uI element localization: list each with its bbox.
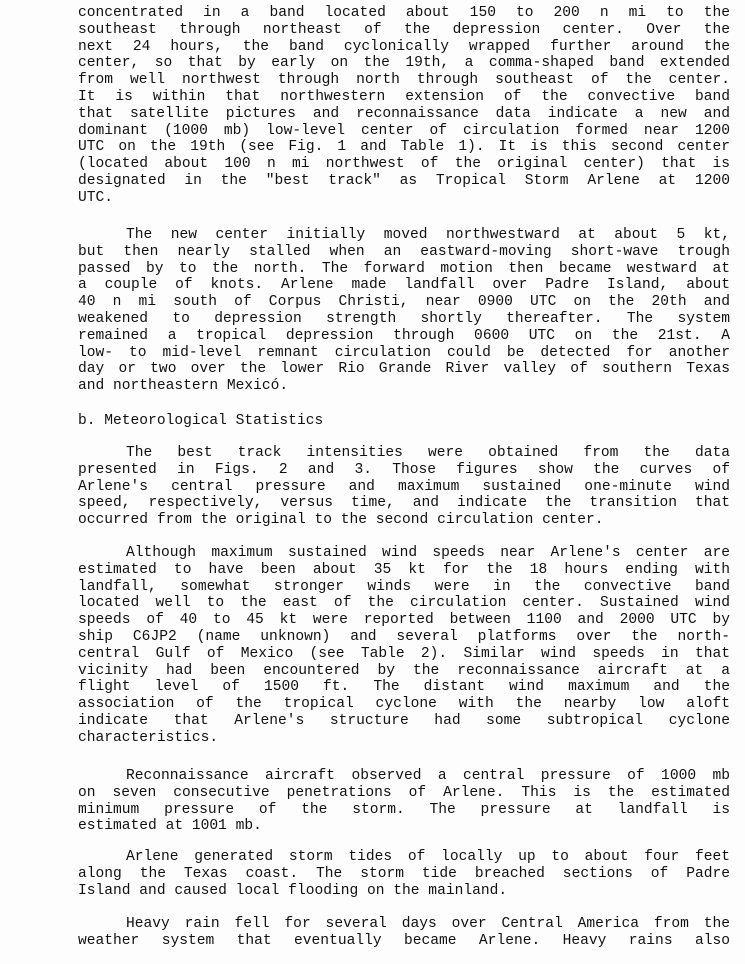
- text-line: estimated to have been about 35 kt for t…: [78, 562, 730, 579]
- paragraph-best-track-intensities: The best track intensities were obtained…: [78, 445, 730, 529]
- text-line: a couple of knots. Arlene made landfall …: [78, 277, 730, 294]
- text-line: estimated at 1001 mb.: [78, 818, 730, 835]
- text-line: concentrated in a band located about 150…: [78, 5, 730, 22]
- text-line: 40 n mi south of Corpus Christi, near 09…: [78, 294, 730, 311]
- text-line: The best track intensities were obtained…: [78, 445, 730, 462]
- text-line: occurred from the original to the second…: [78, 512, 730, 529]
- paragraph-storm-tides: Arlene generated storm tides of locally …: [78, 849, 730, 899]
- text-line: weakened to depression strength shortly …: [78, 311, 730, 328]
- text-line: indicate that Arlene's structure had som…: [78, 713, 730, 730]
- text-line: UTC on the 19th (see Fig. 1 and Table 1)…: [78, 139, 730, 156]
- paragraph-heavy-rain: Heavy rain fell for several days over Ce…: [78, 916, 730, 950]
- text-line: dominant (1000 mb) low-level center of c…: [78, 123, 730, 140]
- text-line: day or two over the lower Rio Grande Riv…: [78, 361, 730, 378]
- paragraph-track-and-landfall: The new center initially moved northwest…: [78, 227, 730, 395]
- text-line: UTC.: [78, 190, 730, 207]
- text-line: central Gulf of Mexico (see Table 2). Si…: [78, 646, 730, 663]
- text-line: but then nearly stalled when an eastward…: [78, 244, 730, 261]
- paragraph-wind-speeds: Although maximum sustained wind speeds n…: [78, 545, 730, 747]
- text-line: presented in Figs. 2 and 3. Those figure…: [78, 462, 730, 479]
- text-line: Arlene generated storm tides of locally …: [78, 849, 730, 866]
- text-line: Although maximum sustained wind speeds n…: [78, 545, 730, 562]
- section-heading: b. Meteorological Statistics: [78, 413, 730, 430]
- section-heading-text: b. Meteorological Statistics: [78, 413, 730, 430]
- text-line: from well northwest through north throug…: [78, 72, 730, 89]
- text-line: on seven consecutive penetrations of Arl…: [78, 785, 730, 802]
- text-line: southeast through northeast of the depre…: [78, 22, 730, 39]
- text-line: Arlene's central pressure and maximum su…: [78, 479, 730, 496]
- text-line: vicinity had been encountered by the rec…: [78, 663, 730, 680]
- text-line: low- to mid-level remnant circulation co…: [78, 345, 730, 362]
- text-line: Heavy rain fell for several days over Ce…: [78, 916, 730, 933]
- text-line: remained a tropical depression through 0…: [78, 328, 730, 345]
- text-line: that satellite pictures and reconnaissan…: [78, 106, 730, 123]
- text-line: and northeastern Mexicó.: [78, 378, 730, 395]
- text-line: It is within that northwestern extension…: [78, 89, 730, 106]
- text-line: center, so that by early on the 19th, a …: [78, 55, 730, 72]
- text-line: designated in the "best track" as Tropic…: [78, 173, 730, 190]
- paragraph-band-development: concentrated in a band located about 150…: [78, 5, 730, 207]
- text-line: speed, respectively, versus time, and in…: [78, 495, 730, 512]
- text-line: (located about 100 n mi northwest of the…: [78, 156, 730, 173]
- text-line: Island and caused local flooding on the …: [78, 883, 730, 900]
- text-line: association of the tropical cyclone with…: [78, 696, 730, 713]
- paragraph-central-pressure: Reconnaissance aircraft observed a centr…: [78, 768, 730, 835]
- text-line: next 24 hours, the band cyclonically wra…: [78, 39, 730, 56]
- text-line: ship C6JP2 (name unknown) and several pl…: [78, 629, 730, 646]
- text-line: characteristics.: [78, 730, 730, 747]
- text-line: flight level of 1500 ft. The distant win…: [78, 679, 730, 696]
- text-line: minimum pressure of the storm. The press…: [78, 802, 730, 819]
- scanned-document-page: concentrated in a band located about 150…: [0, 0, 745, 964]
- text-line: The new center initially moved northwest…: [78, 227, 730, 244]
- text-line: along the Texas coast. The storm tide br…: [78, 866, 730, 883]
- text-line: located well to the east of the circulat…: [78, 595, 730, 612]
- text-line: landfall, somewhat stronger winds were i…: [78, 579, 730, 596]
- text-line: Reconnaissance aircraft observed a centr…: [78, 768, 730, 785]
- text-line: weather system that eventually became Ar…: [78, 933, 730, 950]
- text-line: passed by to the north. The forward moti…: [78, 261, 730, 278]
- text-line: speeds of 40 to 45 kt were reported betw…: [78, 612, 730, 629]
